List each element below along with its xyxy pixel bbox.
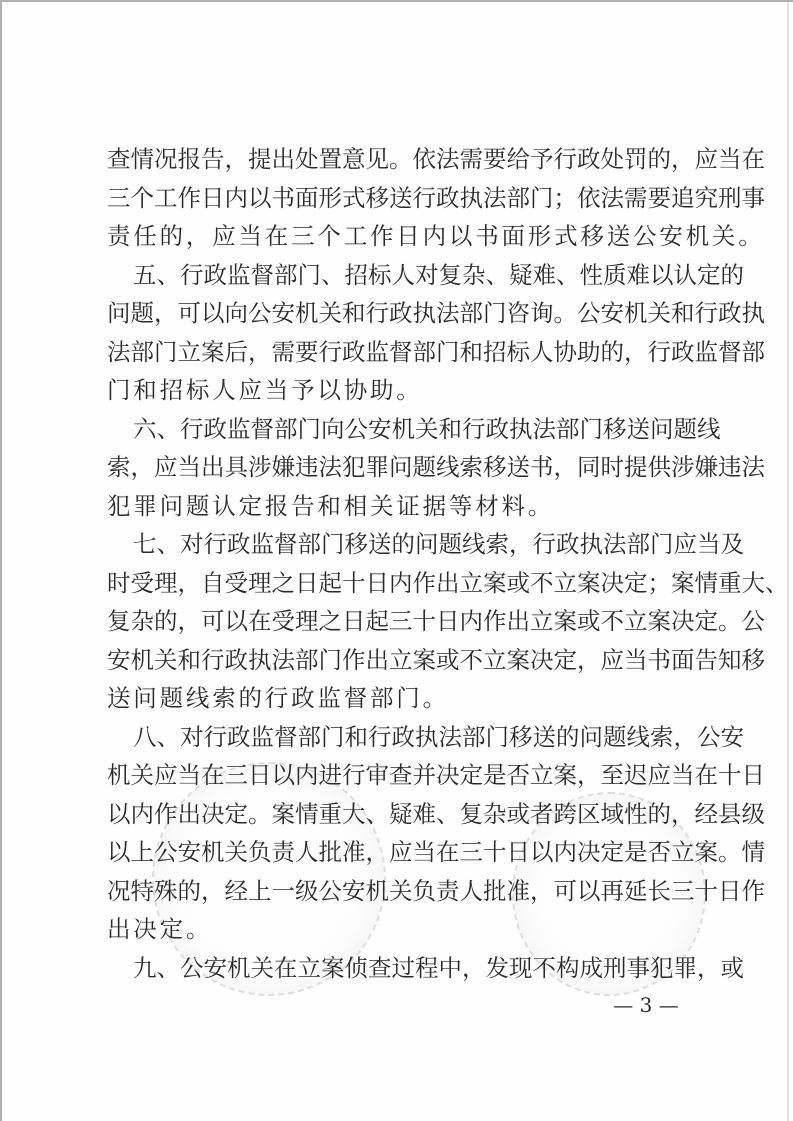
paragraph-item-8: 八、对行政监督部门和行政执法部门移送的问题线索，公安 机关应当在三日以内进行审查… [107, 718, 691, 949]
text-line: 八、对行政监督部门和行政执法部门移送的问题线索，公安 [107, 718, 691, 757]
paragraph-item-9: 九、公安机关在立案侦查过程中，发现不构成刑事犯罪，或 [107, 949, 691, 988]
text-line: 五、行政监督部门、招标人对复杂、疑难、性质难以认定的 [107, 256, 691, 295]
text-line: 以内作出决定。案情重大、疑难、复杂或者跨区域性的，经县级 [107, 795, 691, 834]
document-body: 查情况报告，提出处置意见。依法需要给予行政处罚的，应当在 三个工作日内以书面形式… [107, 140, 691, 987]
scan-edge-shadow [787, 2, 789, 1121]
text-line: 送问题线索的行政监督部门。 [107, 679, 691, 718]
paragraph-item-7: 七、对行政监督部门移送的问题线索，行政执法部门应当及 时受理，自受理之日起十日内… [107, 525, 691, 718]
text-line: 以上公安机关负责人批准，应当在三十日以内决定是否立案。情 [107, 833, 691, 872]
text-line: 三个工作日内以书面形式移送行政执法部门；依法需要追究刑事 [107, 179, 691, 218]
text-line: 问题，可以向公安机关和行政执法部门咨询。公安机关和行政执 [107, 294, 691, 333]
page-number: — 3 — [606, 992, 686, 1018]
text-line: 七、对行政监督部门移送的问题线索，行政执法部门应当及 [107, 525, 691, 564]
paragraph-item-6: 六、行政监督部门向公安机关和行政执法部门移送问题线 索，应当出具涉嫌违法犯罪问题… [107, 410, 691, 526]
text-line: 索，应当出具涉嫌违法犯罪问题线索移送书，同时提供涉嫌违法 [107, 448, 691, 487]
text-line: 安机关和行政执法部门作出立案或不立案决定，应当书面告知移 [107, 641, 691, 680]
paragraph-continuation: 查情况报告，提出处置意见。依法需要给予行政处罚的，应当在 三个工作日内以书面形式… [107, 140, 691, 256]
text-line: 犯罪问题认定报告和相关证据等材料。 [107, 487, 691, 526]
text-line: 责任的，应当在三个工作日内以书面形式移送公安机关。 [107, 217, 691, 256]
text-line: 机关应当在三日以内进行审查并决定是否立案，至迟应当在十日 [107, 756, 691, 795]
text-line: 门和招标人应当予以协助。 [107, 371, 691, 410]
text-line: 时受理，自受理之日起十日内作出立案或不立案决定；案情重大、 [107, 564, 691, 603]
paragraph-item-5: 五、行政监督部门、招标人对复杂、疑难、性质难以认定的 问题，可以向公安机关和行政… [107, 256, 691, 410]
text-line: 六、行政监督部门向公安机关和行政执法部门移送问题线 [107, 410, 691, 449]
text-line: 九、公安机关在立案侦查过程中，发现不构成刑事犯罪，或 [107, 949, 691, 988]
text-line: 法部门立案后，需要行政监督部门和招标人协助的，行政监督部 [107, 333, 691, 372]
text-line: 查情况报告，提出处置意见。依法需要给予行政处罚的，应当在 [107, 140, 691, 179]
text-line: 复杂的，可以在受理之日起三十日内作出立案或不立案决定。公 [107, 602, 691, 641]
text-line: 况特殊的，经上一级公安机关负责人批准，可以再延长三十日作 [107, 872, 691, 911]
text-line: 出决定。 [107, 910, 691, 949]
document-page: 查情况报告，提出处置意见。依法需要给予行政处罚的，应当在 三个工作日内以书面形式… [0, 0, 793, 1121]
